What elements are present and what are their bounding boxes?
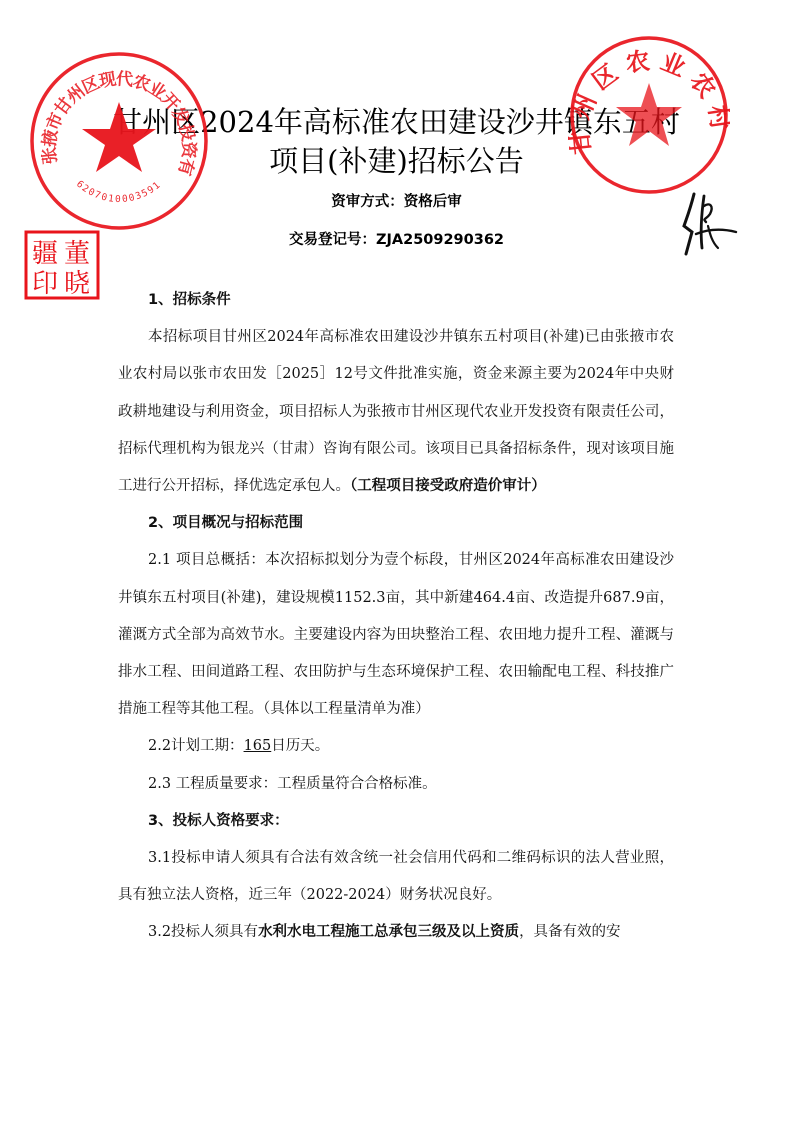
document-title-line2: 项目(补建)招标公告 [0, 143, 793, 179]
section-1-heading: 1、招标条件 [118, 282, 674, 319]
document-page: 甘州区2024年高标准农田建设沙井镇东五村 项目(补建)招标公告 资审方式：资格… [0, 0, 793, 1122]
registration-number: 交易登记号：ZJA2509290362 [0, 230, 793, 250]
svg-text:晓: 晓 [64, 269, 90, 299]
section-3-2-paragraph: 3.2投标人须具有水利水电工程施工总承包三级及以上资质，具备有效的安 [118, 914, 674, 951]
review-method-value: 资格后审 [404, 194, 462, 210]
document-title-line1: 甘州区2024年高标准农田建设沙井镇东五村 [0, 104, 793, 140]
registration-value: ZJA2509290362 [376, 232, 504, 248]
qualification-suffix: ，具备有效的安 [519, 924, 621, 940]
svg-text:印: 印 [32, 269, 58, 299]
schedule-label: 2.2计划工期： [148, 738, 244, 754]
section-3-heading: 3、投标人资格要求： [118, 803, 674, 840]
section-2-2-paragraph: 2.2计划工期：165日历天。 [118, 728, 674, 765]
review-method: 资审方式：资格后审 [0, 192, 793, 212]
schedule-unit: 日历天。 [271, 738, 329, 754]
section-2-heading: 2、项目概况与招标范围 [118, 505, 674, 542]
qualification-requirement: 水利水电工程施工总承包三级及以上资质 [258, 924, 519, 940]
schedule-days: 165 [244, 738, 272, 754]
section-2-3-paragraph: 2.3 工程质量要求：工程质量符合合格标准。 [118, 766, 674, 803]
section-1-paragraph: 本招标项目甘州区2024年高标准农田建设沙井镇东五村项目(补建)已由张掖市农业农… [118, 319, 674, 505]
section-2-1-paragraph: 2.1 项目总概括：本次招标拟划分为壹个标段，甘州区2024年高标准农田建设沙井… [118, 542, 674, 728]
review-method-label: 资审方式： [331, 194, 404, 210]
qualification-prefix: 3.2投标人须具有 [148, 924, 258, 940]
registration-label: 交易登记号： [289, 232, 376, 248]
audit-note: （工程项目接受政府造价审计） [350, 478, 546, 494]
section-3-1-paragraph: 3.1投标申请人须具有合法有效含统一社会信用代码和二维码标识的法人营业照，具有独… [118, 840, 674, 914]
section-1-text: 本招标项目甘州区2024年高标准农田建设沙井镇东五村项目(补建)已由张掖市农业农… [118, 329, 674, 494]
document-body: 1、招标条件 本招标项目甘州区2024年高标准农田建设沙井镇东五村项目(补建)已… [118, 282, 674, 952]
